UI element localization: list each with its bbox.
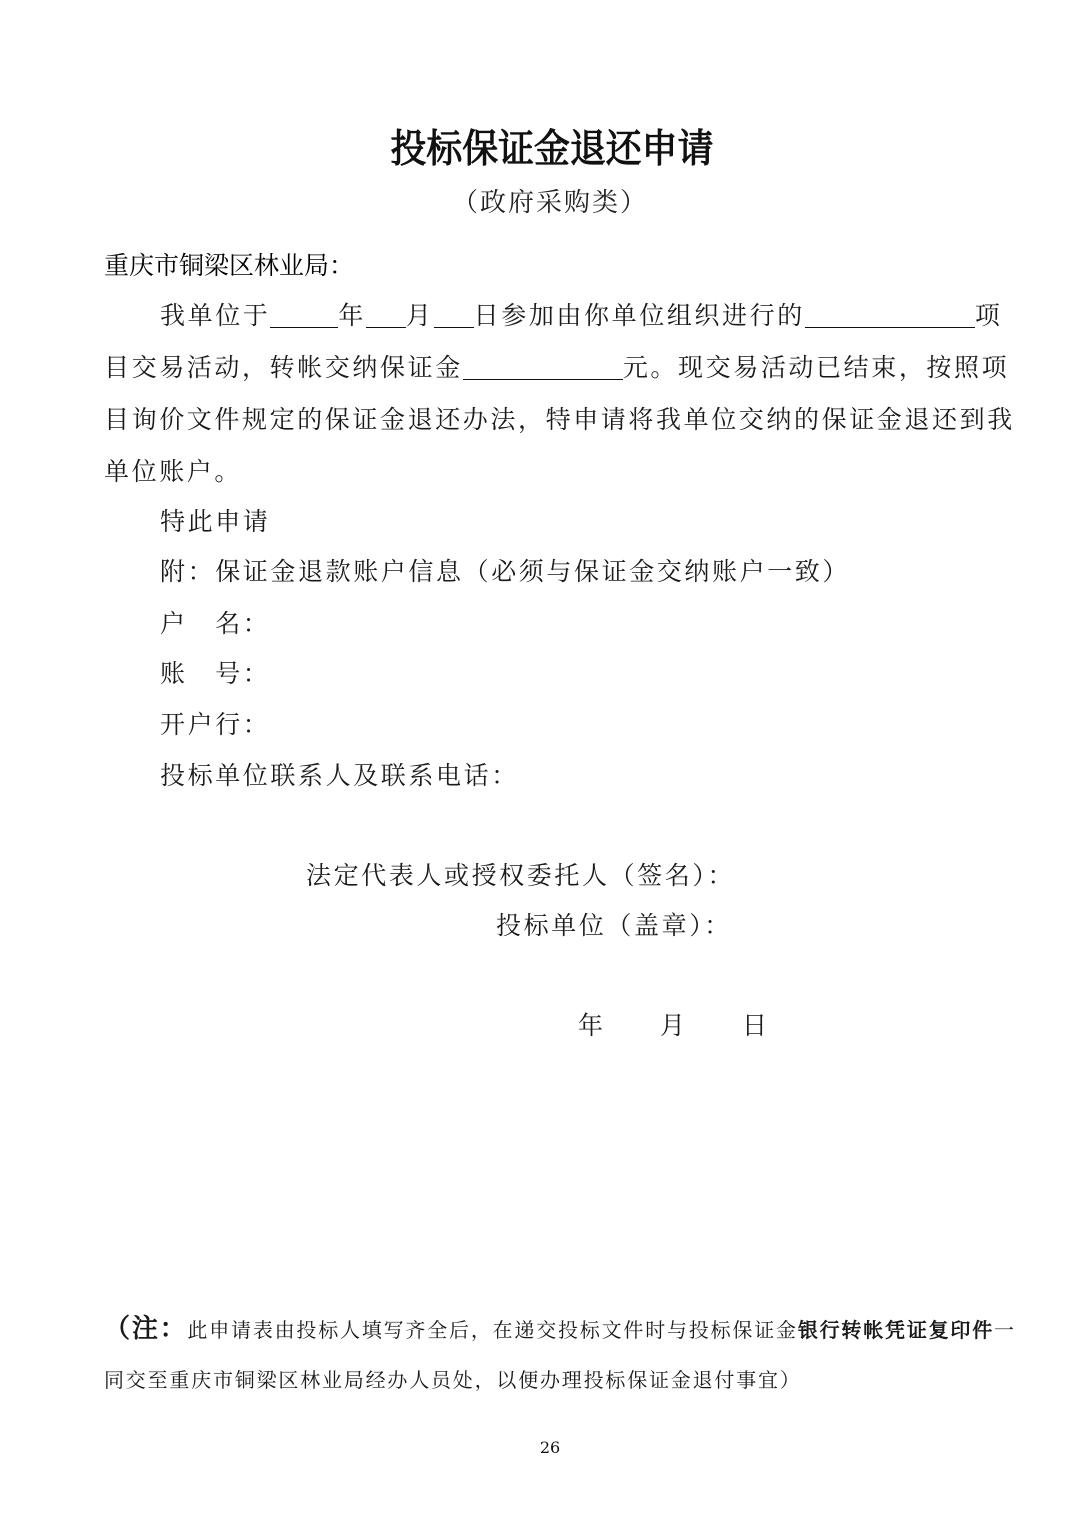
addressee: 重庆市铜梁区林业局： (104, 246, 354, 282)
document-subtitle: （政府采购类） (0, 182, 1074, 219)
year-label: 年 (338, 301, 366, 330)
project-blank[interactable] (805, 301, 975, 328)
amount-blank[interactable] (463, 353, 623, 380)
body-line-4: 单位账户。 (104, 452, 242, 488)
body-line-2: 目交易活动，转帐交纳保证金元。现交易活动已结束，按照项 (104, 348, 1009, 384)
date-day: 日 (742, 1006, 770, 1042)
project-suffix: 项 (975, 301, 1003, 330)
body-line-3: 目询价文件规定的保证金退还办法，特申请将我单位交纳的保证金退还到我 (104, 400, 1015, 436)
month-blank[interactable] (366, 301, 406, 328)
representative-signature[interactable]: 法定代表人或授权委托人（签名）： (306, 856, 735, 892)
note-label: 注： (132, 1314, 188, 1344)
note-open-paren: （ (104, 1314, 132, 1344)
document-title: 投标保证金退还申请 (44, 118, 1060, 174)
year-blank[interactable] (270, 301, 338, 328)
day-blank[interactable] (434, 301, 474, 328)
note-line-2: 同交至重庆市铜梁区林业局经办人员处，以便办理投标保证金退付事宜） (104, 1364, 802, 1393)
note-line-1: （注：此申请表由投标人填写齐全后，在递交投标文件时与投标保证金银行转帐凭证复印件… (104, 1308, 1016, 1345)
contact-field[interactable]: 投标单位联系人及联系电话： (160, 756, 519, 792)
bank-field[interactable]: 开户行： (160, 705, 270, 741)
page-number: 26 (0, 1438, 1074, 1457)
company-seal[interactable]: 投标单位（盖章）： (496, 906, 732, 942)
body-prefix: 我单位于 (160, 301, 270, 330)
note-text-1-end: 一 (994, 1318, 1016, 1342)
date-month: 月 (660, 1006, 688, 1042)
note-bold-text: 银行转帐凭证复印件 (798, 1318, 994, 1342)
attachment-text: 附：保证金退款账户信息（必须与保证金交纳账户一致） (160, 552, 850, 588)
month-label: 月 (406, 301, 434, 330)
account-name-field[interactable]: 户 名： (160, 604, 270, 640)
body-line-2-suffix: 元。现交易活动已结束，按照项 (623, 353, 1009, 382)
day-text: 日参加由你单位组织进行的 (474, 301, 805, 330)
body-line-1: 我单位于年月日参加由你单位组织进行的项 (160, 296, 1002, 332)
date-year: 年 (578, 1006, 606, 1042)
account-number-field[interactable]: 账 号： (160, 654, 270, 690)
body-line-2-prefix: 目交易活动，转帐交纳保证金 (104, 353, 463, 382)
note-text-1: 此申请表由投标人填写齐全后，在递交投标文件时与投标保证金 (187, 1318, 797, 1342)
closing-text: 特此申请 (160, 502, 270, 538)
